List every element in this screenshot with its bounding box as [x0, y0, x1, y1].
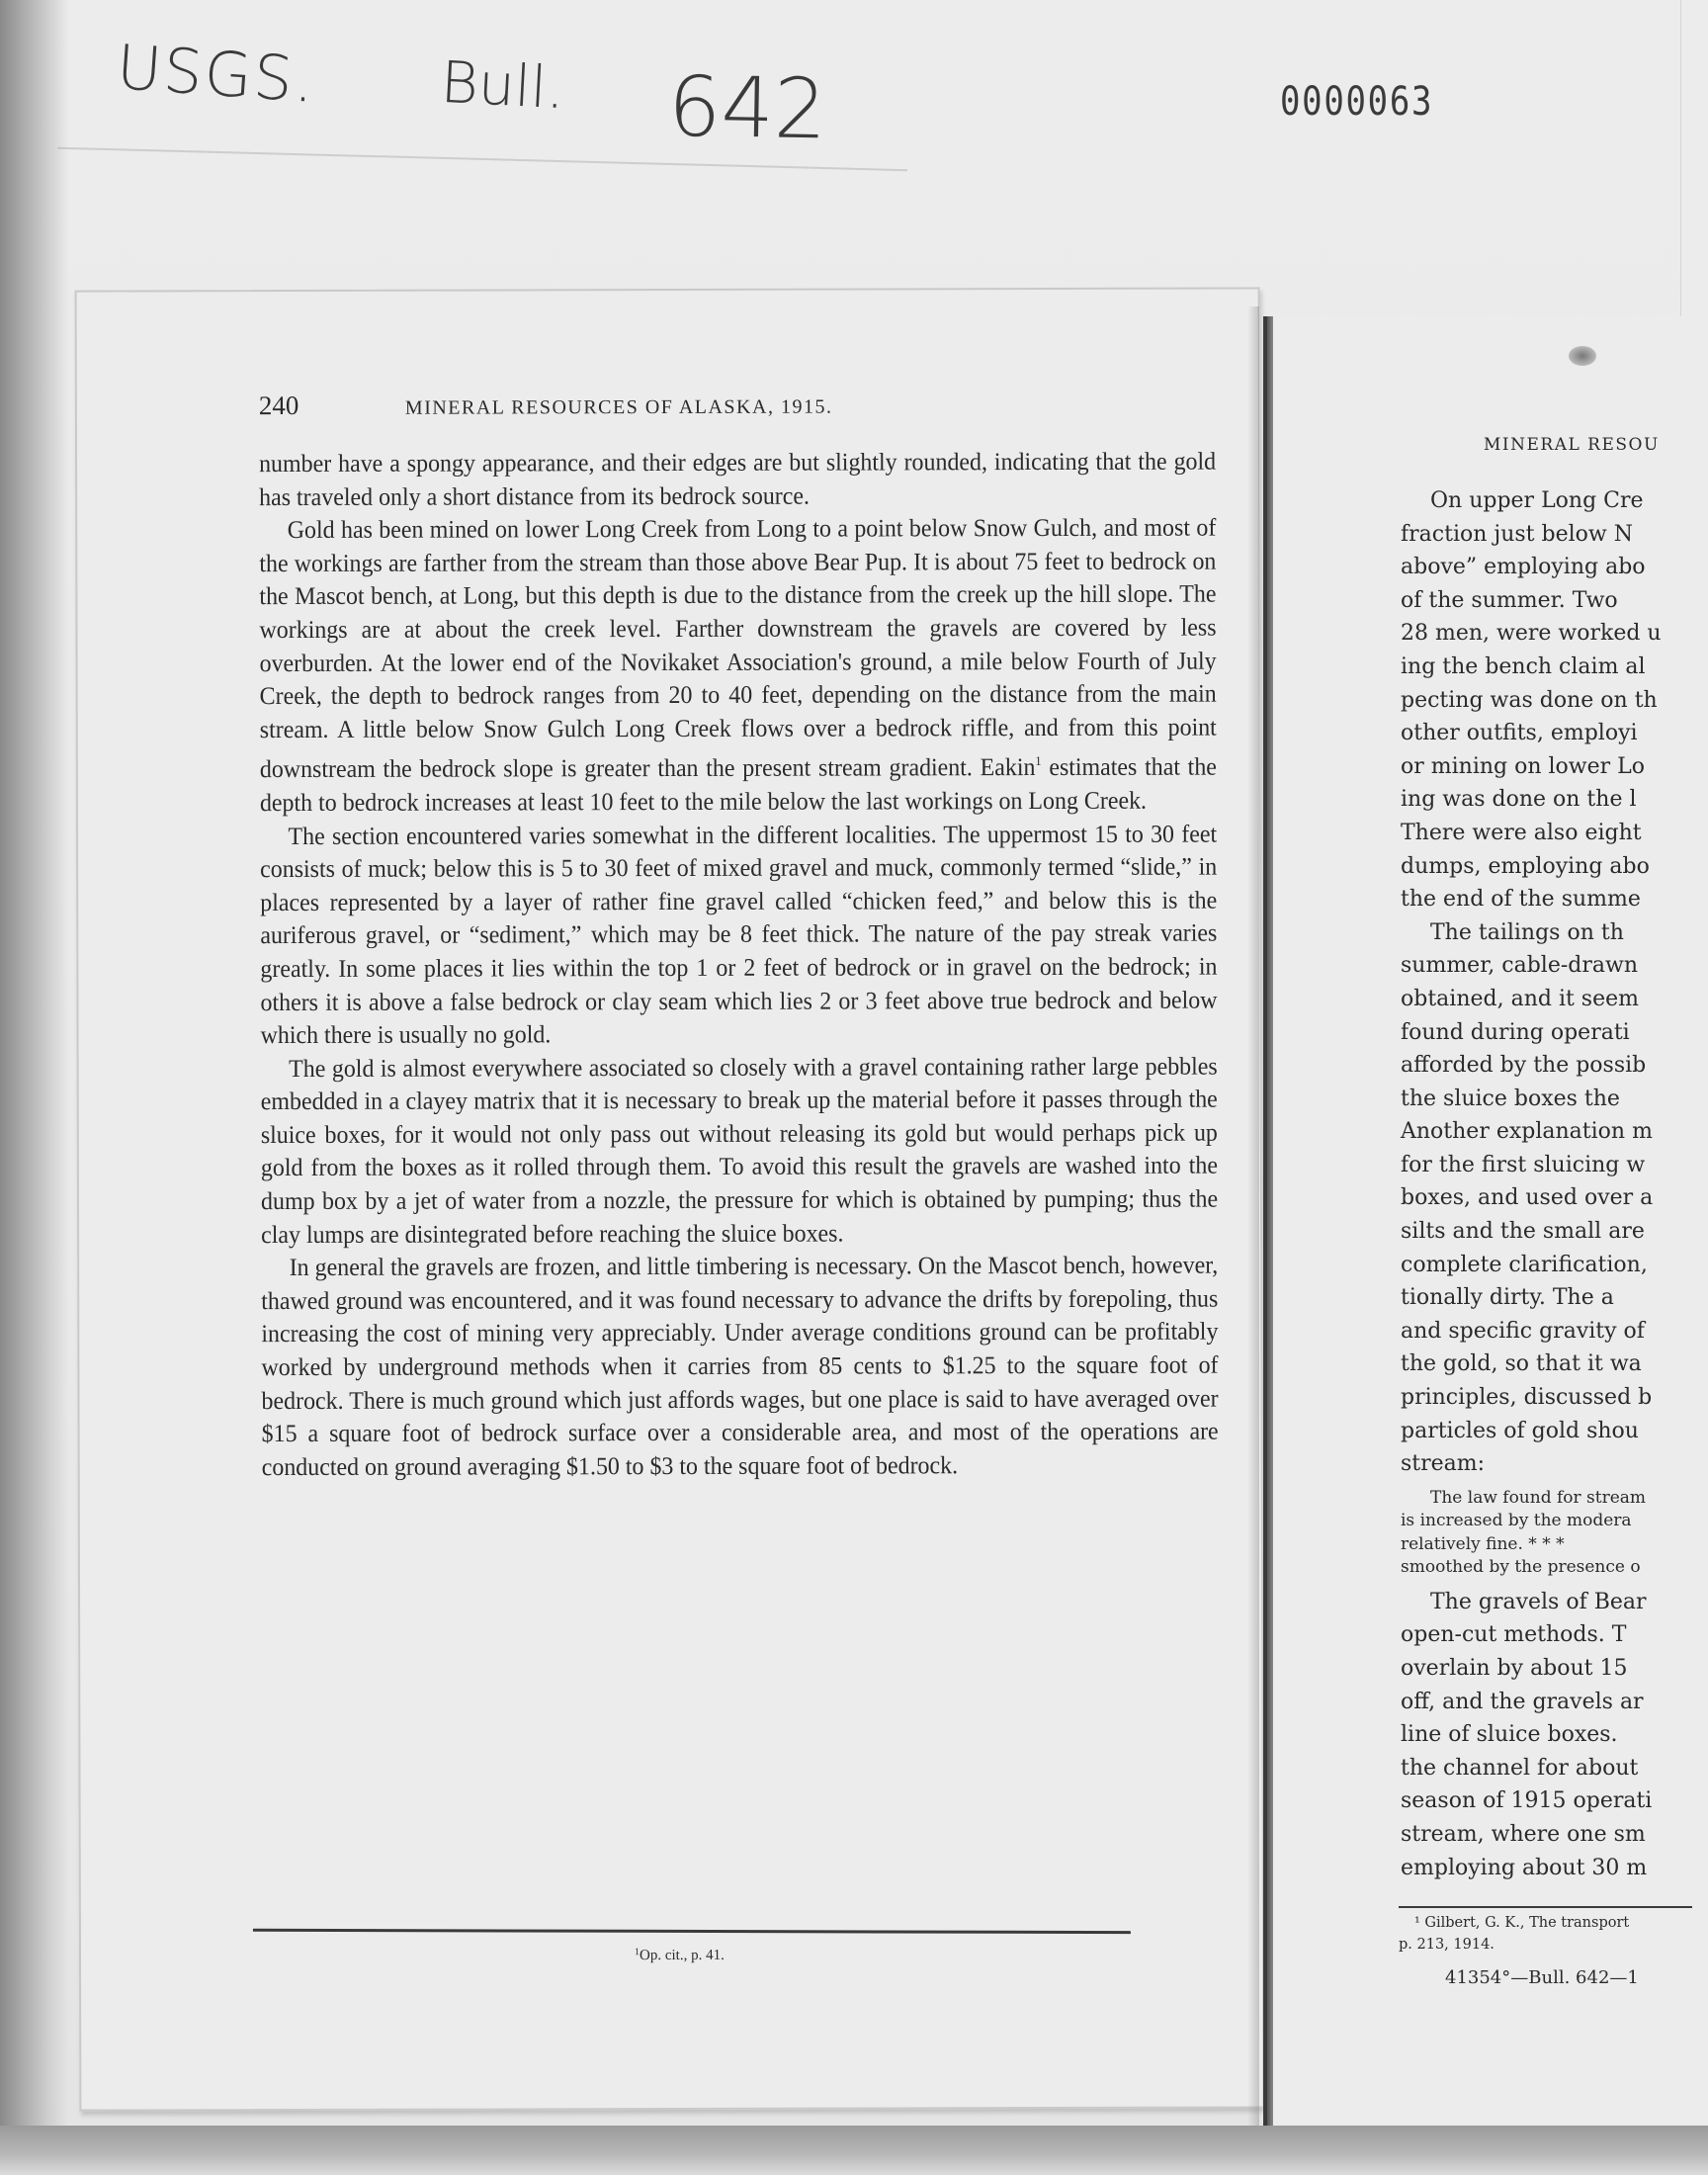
scan-left-shadow — [0, 0, 69, 2175]
quote-line: The law found for stream — [1401, 1487, 1692, 1511]
footnote-divider — [253, 1929, 1131, 1934]
text-line: particles of gold shou — [1401, 1415, 1692, 1448]
text-line: for the first sluicing w — [1401, 1149, 1692, 1182]
right-running-head: MINERAL RESOU — [1484, 435, 1660, 455]
text-line: principles, discussed b — [1401, 1381, 1692, 1415]
text-line: and specific gravity of — [1401, 1315, 1692, 1348]
text-line: afforded by the possib — [1401, 1049, 1692, 1083]
page-header: 240 MINERAL RESOURCES OF ALASKA, 1915. — [259, 389, 1216, 431]
paragraph-5: In general the gravels are frozen, and l… — [261, 1250, 1219, 1485]
text-line: the sluice boxes the — [1401, 1083, 1692, 1116]
footnote-text: Op. cit., p. 41. — [640, 1948, 725, 1963]
text-line: summer, cable-drawn — [1401, 949, 1692, 983]
text-line: above” employing abo — [1401, 551, 1692, 584]
left-page-content: 240 MINERAL RESOURCES OF ALASKA, 1915. n… — [259, 389, 1219, 1485]
text-line: or mining on lower Lo — [1401, 750, 1692, 784]
text-line: 28 men, were worked u — [1401, 617, 1692, 651]
left-page: 240 MINERAL RESOURCES OF ALASKA, 1915. n… — [75, 287, 1265, 2111]
paragraph-2-text-a: Gold has been mined on lower Long Creek … — [259, 515, 1217, 784]
text-line: complete clarification, — [1401, 1249, 1692, 1282]
text-line: overlain by about 15 — [1401, 1652, 1692, 1686]
text-line: silts and the small are — [1401, 1215, 1692, 1249]
paragraph-3: The section encountered varies somewhat … — [260, 818, 1218, 1053]
stamped-document-id: 0000063 — [1280, 79, 1433, 125]
footnote: 1Op. cit., p. 41. — [635, 1947, 725, 1964]
handwritten-bulletin-number: 642 — [667, 58, 827, 158]
text-line: found during operati — [1401, 1016, 1692, 1050]
text-line: open-cut methods. T — [1401, 1618, 1692, 1652]
quote-line: relatively fine. * * * — [1401, 1533, 1692, 1557]
right-footnote-line: p. 213, 1914. — [1399, 1934, 1629, 1956]
text-line: season of 1915 operati — [1401, 1784, 1692, 1818]
text-line: fraction just below N — [1401, 518, 1692, 552]
scan-bottom-shadow — [0, 2126, 1708, 2175]
handwritten-agency: USGS. — [115, 31, 318, 117]
text-line: Another explanation m — [1401, 1115, 1692, 1149]
text-line: line of sluice boxes. — [1401, 1718, 1692, 1752]
text-line: The gravels of Bear — [1401, 1586, 1692, 1619]
text-line: employing about 30 m — [1401, 1852, 1692, 1885]
page-gutter-edge — [1267, 316, 1273, 2126]
right-page: MINERAL RESOU On upper Long Cre fraction… — [1263, 316, 1692, 2126]
paragraph-2: Gold has been mined on lower Long Creek … — [259, 512, 1217, 821]
right-page-text: On upper Long Cre fraction just below N … — [1401, 484, 1692, 1884]
right-footnote-line: ¹ Gilbert, G. K., The transport — [1399, 1912, 1629, 1934]
paragraph-1: number have a spongy appearance, and the… — [259, 446, 1216, 515]
text-line: pecting was done on th — [1401, 684, 1692, 718]
quote-line: smoothed by the presence o — [1401, 1556, 1692, 1580]
text-line: stream, where one sm — [1401, 1818, 1692, 1852]
body-text: number have a spongy appearance, and the… — [259, 446, 1219, 1485]
text-line: the channel for about — [1401, 1752, 1692, 1785]
text-line: off, and the gravels ar — [1401, 1686, 1692, 1719]
text-line: tionally dirty. The a — [1401, 1281, 1692, 1315]
printer-signature: 41354°—Bull. 642—1 — [1445, 1967, 1639, 1988]
text-line: There were also eight — [1401, 817, 1692, 850]
text-line: obtained, and it seem — [1401, 983, 1692, 1016]
text-line: dumps, employing abo — [1401, 850, 1692, 884]
text-line: of the summer. Two — [1401, 584, 1692, 618]
text-line: other outfits, employi — [1401, 717, 1692, 750]
text-line: ing was done on the l — [1401, 783, 1692, 817]
paragraph-4: The gold is almost everywhere associated… — [261, 1050, 1219, 1252]
right-footnote-divider — [1399, 1906, 1692, 1908]
handwritten-series: Bull. — [439, 48, 566, 122]
page-gutter-shadow — [1247, 306, 1259, 2126]
text-line: the end of the summe — [1401, 883, 1692, 916]
text-line: boxes, and used over a — [1401, 1181, 1692, 1215]
text-line: The tailings on th — [1401, 916, 1692, 950]
right-footnote: ¹ Gilbert, G. K., The transport p. 213, … — [1399, 1912, 1629, 1956]
page-number: 240 — [259, 391, 405, 421]
ink-blot — [1569, 346, 1596, 366]
text-line: On upper Long Cre — [1401, 484, 1692, 518]
text-line: stream: — [1401, 1447, 1692, 1481]
block-quote: The law found for stream is increased by… — [1401, 1487, 1692, 1580]
text-line: ing the bench claim al — [1401, 651, 1692, 684]
quote-line: is increased by the modera — [1401, 1510, 1692, 1533]
running-head: MINERAL RESOURCES OF ALASKA, 1915. — [405, 396, 833, 420]
text-line: the gold, so that it wa — [1401, 1348, 1692, 1381]
